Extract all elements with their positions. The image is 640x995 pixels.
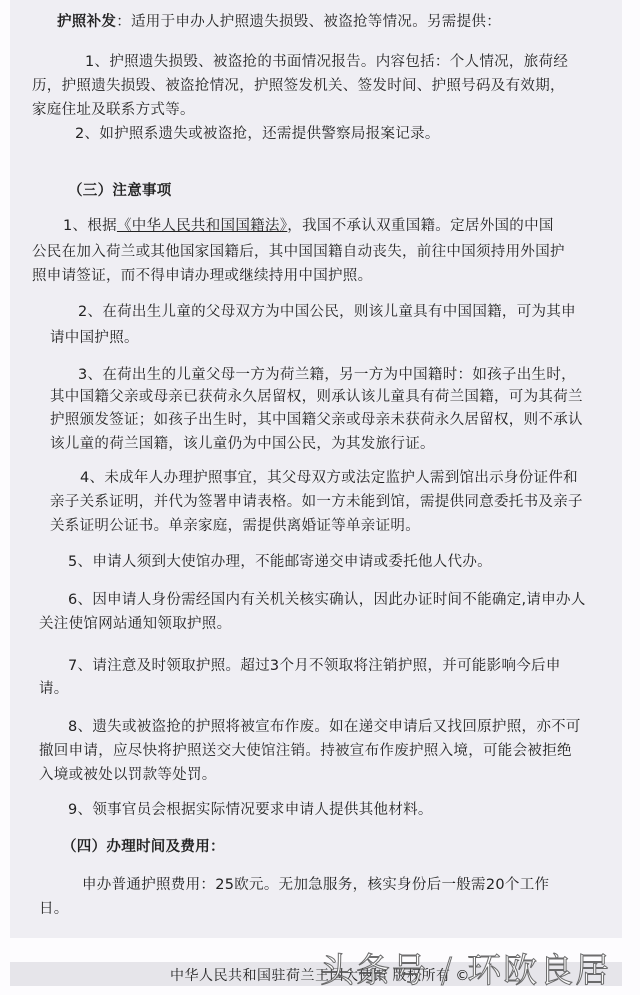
note-4-line-3: 关系证明公证书。单亲家庭，需提供离婚证等单亲证明。 [50, 514, 420, 538]
note-1-rest: ，我国不承认双重国籍。定居外国的中国 [287, 218, 553, 234]
replacement-item-1-line-1: 1、护照遗失损毁、被盗抢的书面情况报告。内容包括：个人情况，旅荷经 [85, 50, 568, 74]
replacement-item-2: 2、如护照系遗失或被盗抢，还需提供警察局报案记录。 [75, 122, 440, 146]
note-6-line-1: 6、因申请人身份需经国内有关机关核实确认，因此办证时间不能确定,请申办人 [68, 588, 586, 612]
note-1-line-1: 1、根据《中华人民共和国国籍法》，我国不承认双重国籍。定居外国的中国 [63, 214, 554, 238]
note-2-line-2: 请中国护照。 [50, 326, 139, 350]
replacement-item-1-line-3: 家庭住址及联系方式等。 [32, 98, 195, 122]
note-8-line-2: 撤回申请，应尽快将护照送交大使馆注销。持被宣布作废护照入境，可能会被拒绝 [39, 739, 572, 763]
note-5: 5、申请人须到大使馆办理，不能邮寄递交申请或委托他人代办。 [68, 550, 492, 574]
note-6-line-2: 关注使馆网站通知领取护照。 [39, 612, 231, 636]
note-8-line-3: 入境或被处以罚款等处罚。 [39, 763, 217, 787]
note-4-line-2: 亲子关系证明，并代为签署申请表格。如一方未能到馆，需提供同意委托书及亲子 [50, 490, 583, 514]
watermark: 头条号 / 环欧良居 [320, 943, 611, 992]
note-1-line-2: 公民在加入荷兰或其他国家国籍后，其中国国籍自动丧失，前往中国须持用外国护 [32, 240, 565, 264]
fees-line-1: 申办普通护照费用：25欧元。无加急服务，核实身份后一般需20个工作 [82, 873, 549, 897]
note-3-line-2: 其中国籍父亲或母亲已获荷永久居留权，则承认该儿童具有荷兰国籍，可为其荷兰 [50, 385, 583, 409]
replacement-text: ：适用于申办人护照遗失损毁、被盗抢等情况。另需提供： [116, 14, 501, 30]
notes-heading: （三）注意事项 [68, 179, 172, 203]
note-1-prefix: 1、根据 [63, 218, 117, 234]
replacement-item-1-line-2: 历，护照遗失损毁、被盗抢情况，护照签发机关、签发时间、护照号码及有效期， [32, 74, 565, 98]
fees-line-2: 日。 [39, 897, 69, 921]
note-9: 9、领事官员会根据实际情况要求申请人提供其他材料。 [68, 798, 433, 822]
note-3-line-1: 3、在荷出生的儿童父母一方为荷兰籍，另一方为中国籍时：如孩子出生时， [78, 363, 576, 387]
replacement-paragraph: 护照补发：适用于申办人护照遗失损毁、被盗抢等情况。另需提供： [57, 10, 501, 34]
note-7-line-1: 7、请注意及时领取护照。超过3个月不领取将注销护照，并可能影响今后申 [68, 654, 561, 678]
note-3-line-3: 护照颁发签证；如孩子出生时，其中国籍父亲或母亲未获荷永久居留权，则不承认 [50, 408, 583, 432]
note-2-line-1: 2、在荷出生儿童的父母双方为中国公民，则该儿童具有中国国籍，可为其申 [78, 300, 576, 324]
fees-heading: （四）办理时间及费用： [62, 835, 225, 859]
note-4-line-1: 4、未成年人办理护照事宜，其父母双方或法定监护人需到馆出示身份证件和 [80, 466, 578, 490]
replacement-label: 护照补发 [57, 14, 116, 30]
note-7-line-2: 请。 [39, 677, 69, 701]
nationality-law-link[interactable]: 《中华人民共和国国籍法》 [117, 218, 287, 234]
note-3-line-4: 该儿童的荷兰国籍，该儿童仍为中国公民，为其发旅行证。 [50, 432, 435, 456]
note-1-line-3: 照申请签证，而不得申请办理或继续持用中国护照。 [32, 264, 372, 288]
note-8-line-1: 8、遗失或被盗抢的护照将被宣布作废。如在递交申请后又找回原护照，亦不可 [68, 715, 581, 739]
